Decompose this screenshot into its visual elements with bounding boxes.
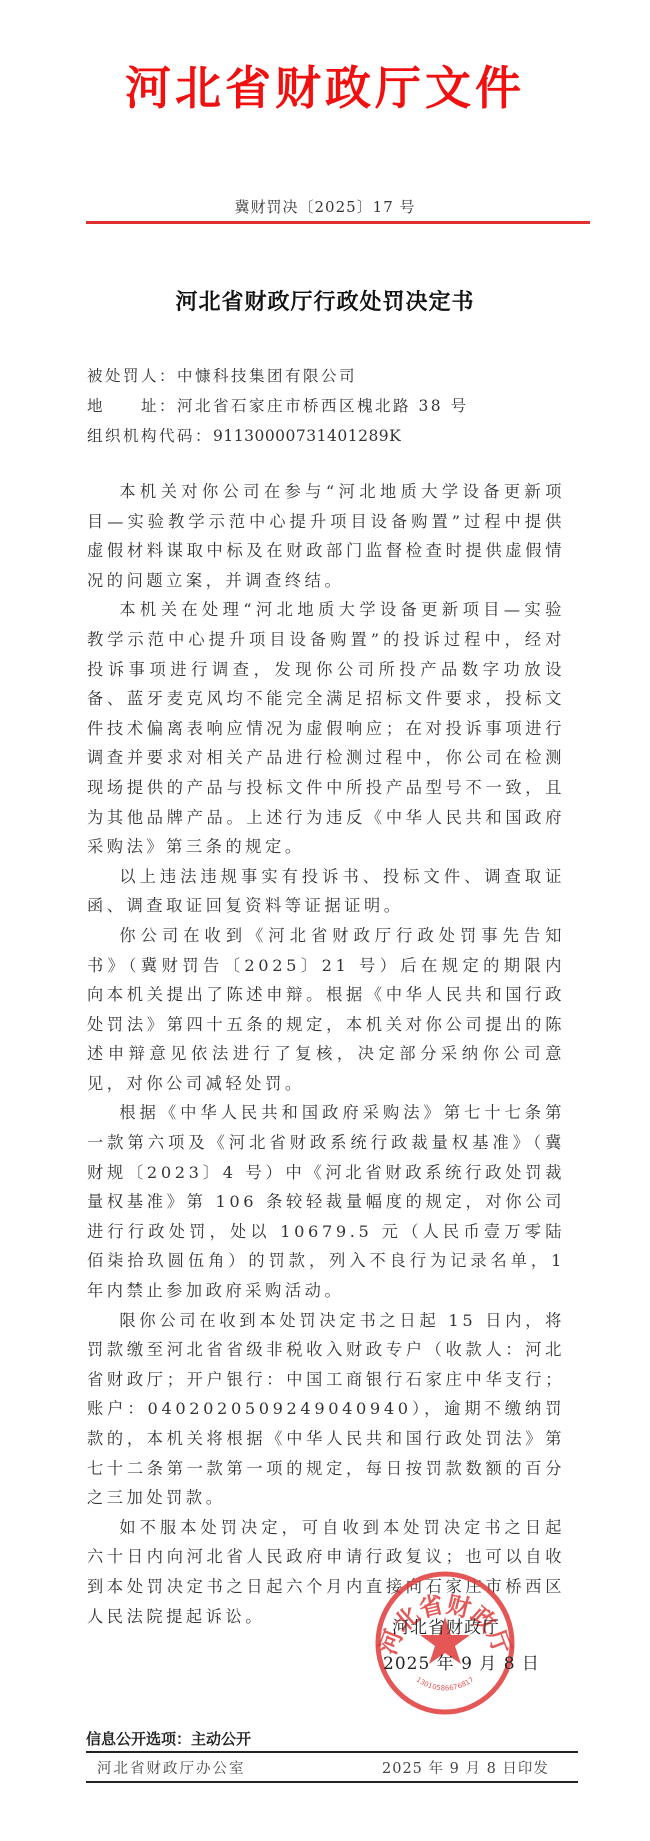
disclosure-label: 信息公开选项： xyxy=(86,1730,191,1748)
paragraph-case-filing: 本机关对你公司在参与“河北地质大学设备更新项目—实验教学示范中心提升项目设备购置… xyxy=(87,477,565,595)
address-value: 河北省石家庄市桥西区槐北路 38 号 xyxy=(177,397,469,415)
footer-top-rule xyxy=(86,1751,578,1753)
penalized-party-value: 中慷科技集团有限公司 xyxy=(177,367,357,385)
signature-organization: 河北省财政厅 xyxy=(392,1613,500,1638)
official-seal-icon: 河北省财政厅 13010586676817 xyxy=(375,1571,515,1715)
signature-date: 2025 年 9 月 8 日 xyxy=(383,1649,540,1674)
seal-code: 13010586676817 xyxy=(415,1676,476,1693)
paragraph-payment: 限你公司在收到本处罚决定书之日起 15 日内，将罚款缴至河北省省级非税收入财政专… xyxy=(87,1306,565,1513)
address-label: 地 址： xyxy=(87,397,177,415)
footer-bottom-rule xyxy=(86,1781,578,1783)
org-code-value: 91130000731401289K xyxy=(213,427,401,445)
paragraph-defense: 你公司在收到《河北省财政厅行政处罚事先告知书》（冀财罚告〔2025〕21 号）后… xyxy=(87,921,565,1099)
document-title: 河北省财政厅行政处罚决定书 xyxy=(0,285,650,316)
org-code-row: 组织机构代码：91130000731401289K xyxy=(87,424,401,446)
document-number: 冀财罚决〔2025〕17 号 xyxy=(0,196,650,217)
masthead-title: 河北省财政厅文件 xyxy=(0,52,650,118)
paragraph-penalty: 根据《中华人民共和国政府采购法》第七十七条第一款第六项及《河北省财政系统行政裁量… xyxy=(87,1098,565,1305)
paragraph-evidence: 以上违法违规事实有投诉书、投标文件、调查取证函、调查取证回复资料等证据证明。 xyxy=(87,862,565,921)
disclosure-value: 主动公开 xyxy=(191,1730,251,1748)
penalized-party-label: 被处罚人： xyxy=(87,367,177,385)
svg-text:13010586676817: 13010586676817 xyxy=(415,1676,476,1693)
address-row: 地 址：河北省石家庄市桥西区槐北路 38 号 xyxy=(87,394,469,416)
footer-issuer: 河北省财政厅办公室 xyxy=(97,1757,246,1778)
penalized-party-row: 被处罚人：中慷科技集团有限公司 xyxy=(87,364,357,386)
red-divider xyxy=(86,221,590,224)
footer-print-date: 2025 年 9 月 8 日印发 xyxy=(382,1757,549,1778)
paragraph-facts: 本机关在处理“河北地质大学设备更新项目—实验教学示范中心提升项目设备购置”的投诉… xyxy=(87,595,565,861)
org-code-label: 组织机构代码： xyxy=(87,427,213,445)
disclosure-option: 信息公开选项：主动公开 xyxy=(86,1728,251,1749)
decision-body: 本机关对你公司在参与“河北地质大学设备更新项目—实验教学示范中心提升项目设备购置… xyxy=(87,477,565,1631)
